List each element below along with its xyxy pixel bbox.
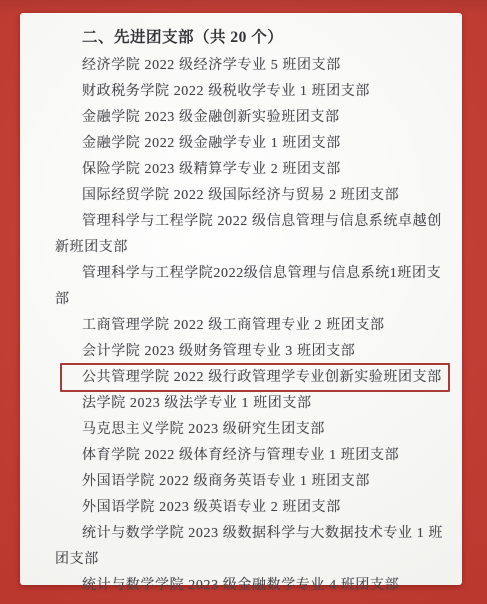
- red-border-frame: 二、先进团支部（共 20 个） 经济学院 2022 级经济学专业 5 班团支部 …: [0, 0, 487, 604]
- list-item-text: 工商管理学院 2022 级工商管理专业 2 班团支部: [82, 318, 385, 333]
- list-item: 保险学院 2023 级精算学专业 2 班团支部: [55, 157, 452, 183]
- list-item: 会计学院 2023 级财务管理专业 3 班团支部: [55, 339, 452, 365]
- list-item-text: 马克思主义学院 2023 级研究生团支部: [82, 422, 325, 437]
- list-item-text: 会计学院 2023 级财务管理专业 3 班团支部: [82, 344, 355, 359]
- document-page: 二、先进团支部（共 20 个） 经济学院 2022 级经济学专业 5 班团支部 …: [20, 13, 462, 585]
- list-item: 工商管理学院 2022 级工商管理专业 2 班团支部: [55, 313, 452, 339]
- list-item-text: 保险学院 2023 级精算学专业 2 班团支部: [82, 162, 341, 177]
- list-item: 公共管理学院 2022 级行政管理学专业创新实验班团支部: [55, 365, 452, 391]
- list-item-text: 统计与数学学院 2023 级数据科学与大数据技术专业 1 班团支部: [55, 526, 443, 567]
- list-item: 马克思主义学院 2023 级研究生团支部: [55, 417, 452, 443]
- list-item-text: 国际经贸学院 2022 级国际经济与贸易 2 班团支部: [82, 188, 399, 203]
- list-item-text: 财政税务学院 2022 级税收学专业 1 班团支部: [82, 84, 370, 99]
- list-item-text: 公共管理学院 2022 级行政管理学专业创新实验班团支部: [82, 370, 442, 385]
- list-item: 法学院 2023 级法学专业 1 班团支部: [55, 391, 452, 417]
- list-item-text: 管理科学与工程学院 2022 级信息管理与信息系统卓越创新班团支部: [55, 214, 442, 255]
- list-item-text: 外国语学院 2022 级商务英语专业 1 班团支部: [82, 474, 370, 489]
- list-item: 统计与数学学院 2023 级金融数学专业 4 班团支部: [55, 573, 452, 599]
- list-item-text: 管理科学与工程学院2022级信息管理与信息系统1班团支部: [55, 266, 441, 307]
- list-item: 统计与数学学院 2023 级数据科学与大数据技术专业 1 班团支部: [55, 521, 452, 573]
- list-item: 财政税务学院 2022 级税收学专业 1 班团支部: [55, 79, 452, 105]
- list-item: 国际经贸学院 2022 级国际经济与贸易 2 班团支部: [55, 183, 452, 209]
- list-item: 体育学院 2022 级体育经济与管理专业 1 班团支部: [55, 443, 452, 469]
- list-item-text: 统计与数学学院 2023 级金融数学专业 4 班团支部: [82, 578, 399, 593]
- list-item: 金融学院 2023 级金融创新实验班团支部: [55, 105, 452, 131]
- list-item: 管理科学与工程学院2022级信息管理与信息系统1班团支部: [55, 261, 452, 313]
- list-item: 管理科学与工程学院 2022 级信息管理与信息系统卓越创新班团支部: [55, 209, 452, 261]
- list-item-text: 外国语学院 2023 级英语专业 2 班团支部: [82, 500, 341, 515]
- section-title: 二、先进团支部（共 20 个）: [55, 25, 452, 51]
- list-item-text: 金融学院 2023 级金融创新实验班团支部: [82, 110, 340, 125]
- list-item: 金融学院 2022 级金融学专业 1 班团支部: [55, 131, 452, 157]
- branch-list: 经济学院 2022 级经济学专业 5 班团支部 财政税务学院 2022 级税收学…: [55, 53, 452, 599]
- list-item: 外国语学院 2022 级商务英语专业 1 班团支部: [55, 469, 452, 495]
- list-item: 外国语学院 2023 级英语专业 2 班团支部: [55, 495, 452, 521]
- list-item-text: 经济学院 2022 级经济学专业 5 班团支部: [82, 58, 341, 73]
- list-item-text: 法学院 2023 级法学专业 1 班团支部: [82, 396, 312, 411]
- list-item-text: 体育学院 2022 级体育经济与管理专业 1 班团支部: [82, 448, 399, 463]
- list-item: 经济学院 2022 级经济学专业 5 班团支部: [55, 53, 452, 79]
- list-item-text: 金融学院 2022 级金融学专业 1 班团支部: [82, 136, 341, 151]
